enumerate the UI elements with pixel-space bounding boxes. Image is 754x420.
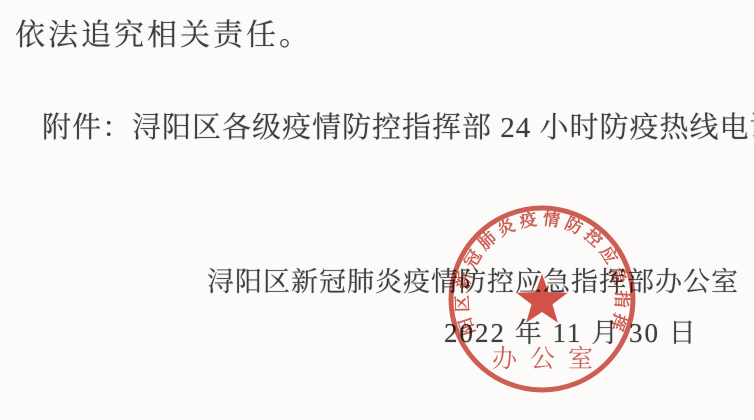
- star-icon: [516, 274, 567, 323]
- attachment-line: 附件：浔阳区各级疫情防控指挥部 24 小时防疫热线电话: [42, 105, 754, 146]
- document-page: 依法追究相关责任。 附件：浔阳区各级疫情防控指挥部 24 小时防疫热线电话 浔阳…: [0, 0, 754, 420]
- body-text-line: 依法追究相关责任。: [15, 10, 312, 54]
- official-seal: 浔阳区新冠肺炎疫情防控应急指挥部 办公室: [442, 199, 642, 399]
- seal-bottom-text: 办公室: [492, 345, 606, 373]
- seal-ring-text: 浔阳区新冠肺炎疫情防控应急指挥部: [442, 199, 632, 338]
